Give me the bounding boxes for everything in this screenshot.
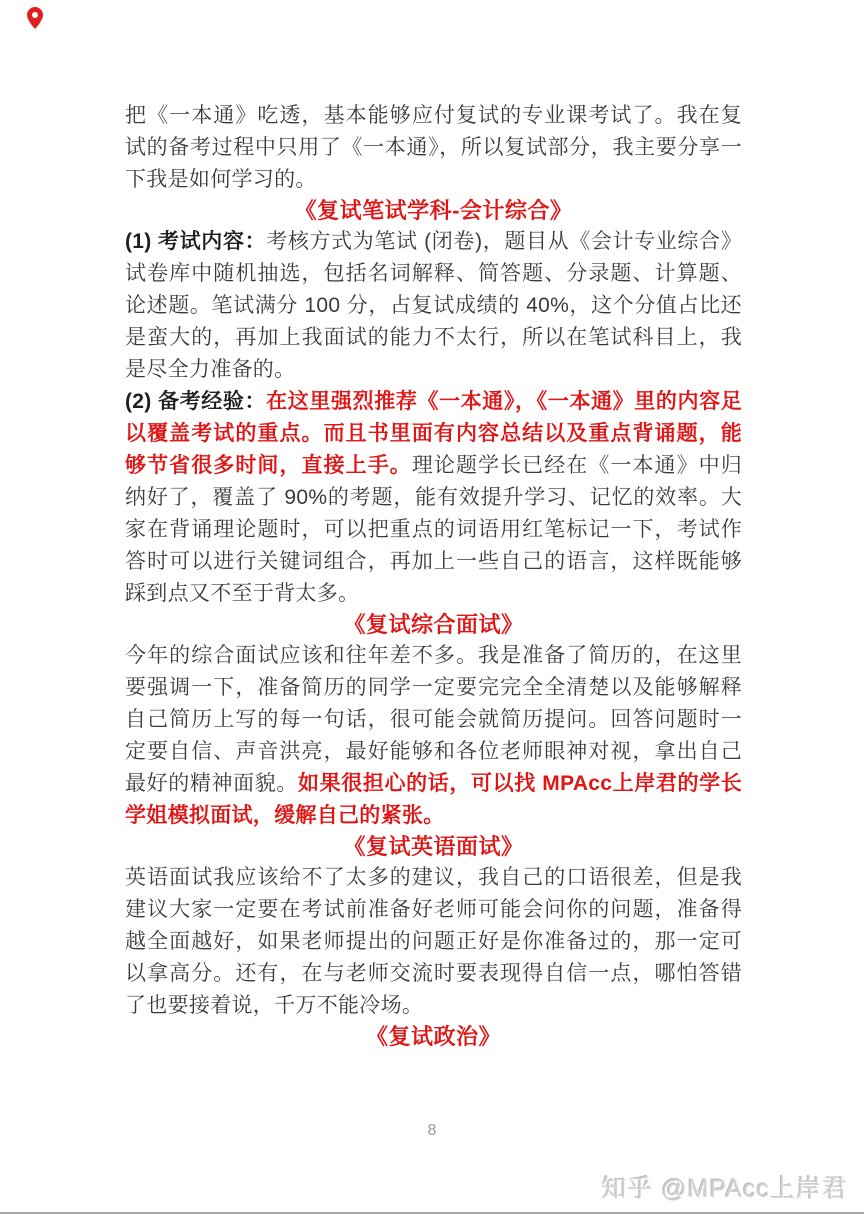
prep-experience-paragraph: (2) 备考经验：在这里强烈推荐《一本通》，《一本通》里的内容足以覆盖考试的重点… [125,386,742,610]
intro-paragraph: 把《一本通》吃透，基本能够应付复试的专业课考试了。我在复试的备考过程中只用了《一… [125,100,742,196]
zhihu-watermark: 知乎 @MPAcc上岸君 [601,1169,848,1205]
section-title-politics: 《复试政治》 [125,1022,742,1052]
prep-experience-label: (2) 备考经验： [125,390,266,413]
article-body: 把《一本通》吃透，基本能够应付复试的专业课考试了。我在复试的备考过程中只用了《一… [125,100,742,1052]
section-title-english-interview: 《复试英语面试》 [125,832,742,862]
exam-content-paragraph: (1) 考试内容：考核方式为笔试 (闭卷)，题目从《会计专业综合》试卷库中随机抽… [125,226,742,386]
english-interview-paragraph: 英语面试我应该给不了太多的建议，我自己的口语很差，但是我建议大家一定要在考试前准… [125,862,742,1022]
section-title-comprehensive-interview: 《复试综合面试》 [125,610,742,640]
interview-paragraph: 今年的综合面试应该和往年差不多。我是准备了简历的，在这里要强调一下，准备简历的同… [125,640,742,832]
exam-content-label: (1) 考试内容： [125,230,266,253]
section-title-accounting: 《复试笔试学科-会计综合》 [125,196,742,226]
map-pin-icon [27,7,43,29]
bottom-divider [0,1212,864,1214]
intro-text: 把《一本通》吃透，基本能够应付复试的专业课考试了。我在复试的备考过程中只用了《一… [125,104,742,191]
english-interview-text: 英语面试我应该给不了太多的建议，我自己的口语很差，但是我建议大家一定要在考试前准… [125,866,742,1017]
document-page: 把《一本通》吃透，基本能够应付复试的专业课考试了。我在复试的备考过程中只用了《一… [0,0,864,1222]
page-number: 8 [0,1122,864,1140]
